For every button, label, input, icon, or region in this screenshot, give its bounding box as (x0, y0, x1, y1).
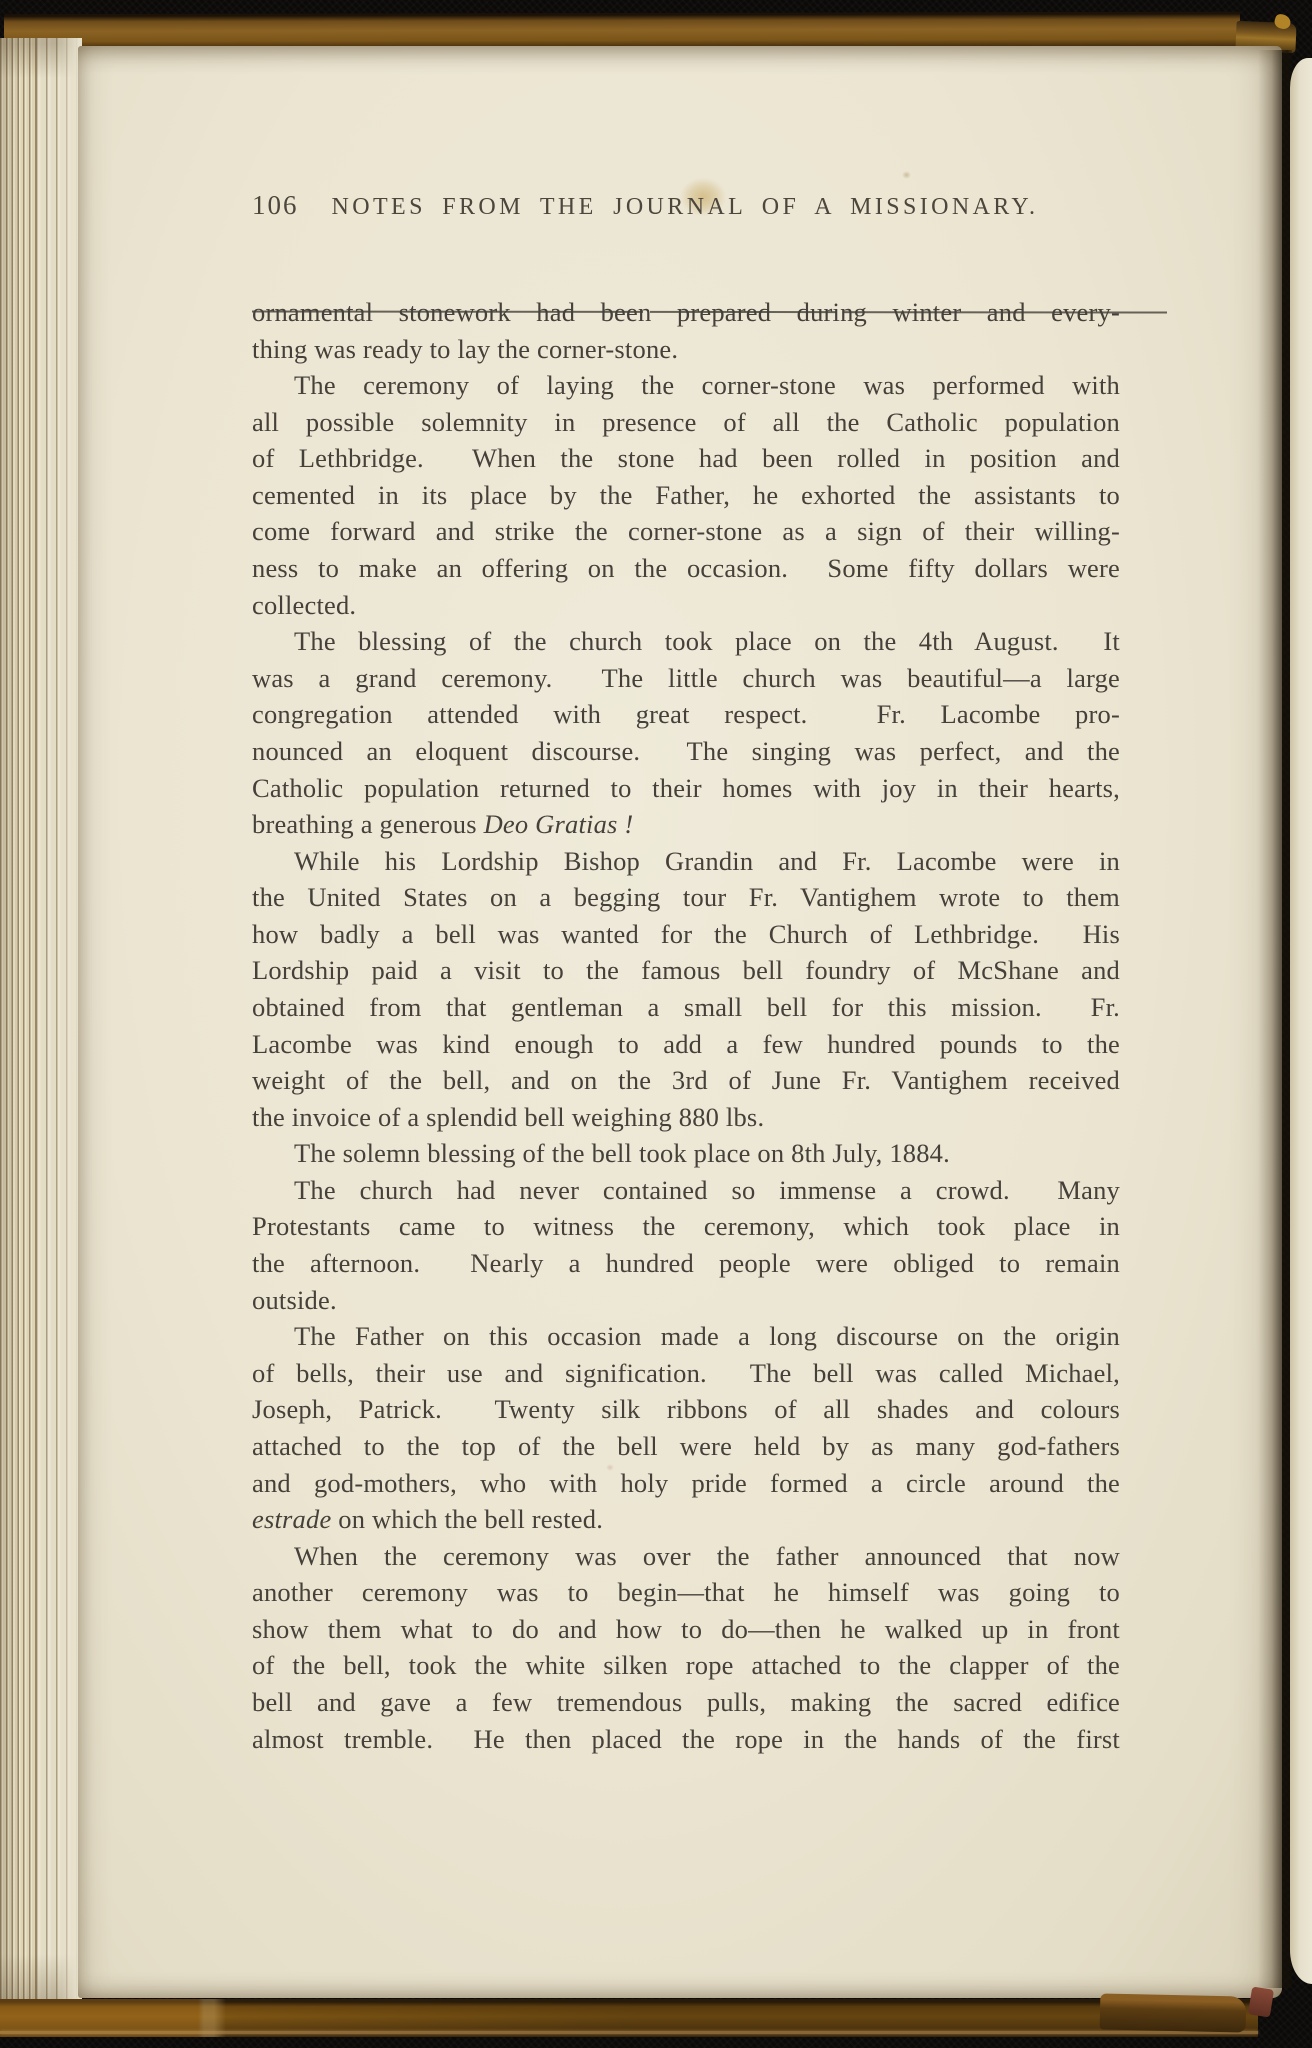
text-line: all possible solemnity in presence of al… (252, 404, 1120, 441)
text-line: show them what to do and how to do—then … (252, 1611, 1120, 1648)
text-line: of bells, their use and signification. T… (252, 1355, 1120, 1392)
book-page: 106 NOTES FROM THE JOURNAL OF A MISSIONA… (78, 46, 1282, 1998)
text-line: of the bell, took the white silken rope … (252, 1647, 1120, 1684)
book-cover-bottom-edge (0, 1999, 1258, 2037)
text-line: the United States on a begging tour Fr. … (252, 879, 1120, 916)
text-line: weight of the bell, and on the 3rd of Ju… (252, 1062, 1120, 1099)
text-line: obtained from that gentleman a small bel… (252, 989, 1120, 1026)
page-stack-shading (0, 38, 82, 2004)
page-number: 106 (252, 190, 299, 221)
text-line: how badly a bell was wanted for the Chur… (252, 916, 1120, 953)
text-line: Joseph, Patrick. Twenty silk ribbons of … (252, 1391, 1120, 1428)
text-line: of Lethbridge. When the stone had been r… (252, 440, 1120, 477)
fore-edge-page-stack (0, 38, 82, 2004)
text-line: Lacombe was kind enough to add a few hun… (252, 1026, 1120, 1063)
text-line: While his Lordship Bishop Grandin and Fr… (252, 843, 1120, 880)
text-line: Protestants came to witness the ceremony… (252, 1208, 1120, 1245)
paper-speck (902, 171, 911, 179)
text-line: congregation attended with great respect… (252, 696, 1120, 733)
running-header: NOTES FROM THE JOURNAL OF A MISSIONARY. (332, 194, 1039, 221)
text-line: bell and gave a few tremendous pulls, ma… (252, 1684, 1120, 1721)
text-line: Catholic population returned to their ho… (252, 770, 1120, 807)
facing-page-edge (1290, 58, 1312, 1984)
text-line: was a grand ceremony. The little church … (252, 660, 1120, 697)
text-line: cemented in its place by the Father, he … (252, 477, 1120, 514)
text-line: attached to the top of the bell were hel… (252, 1428, 1120, 1465)
text-line: The solemn blessing of the bell took pla… (252, 1135, 1120, 1172)
text-line: breathing a generous Deo Gratias ! (252, 806, 1120, 843)
text-line: thing was ready to lay the corner-stone. (252, 331, 1120, 368)
page-gutter-shadow (1258, 50, 1292, 1988)
book-photo-background: 106 NOTES FROM THE JOURNAL OF A MISSIONA… (0, 0, 1312, 2048)
text-line: estrade on which the bell rested. (252, 1501, 1120, 1538)
text-line: another ceremony was to begin—that he hi… (252, 1574, 1120, 1611)
text-line: almost tremble. He then placed the rope … (252, 1721, 1120, 1758)
text-line: The ceremony of laying the corner-stone … (252, 367, 1120, 404)
page-header: 106 NOTES FROM THE JOURNAL OF A MISSIONA… (252, 190, 1167, 221)
body-text: ornamental stonework had been prepared d… (252, 294, 1120, 1757)
text-line: The Father on this occasion made a long … (252, 1318, 1120, 1355)
text-line: come forward and strike the corner-stone… (252, 513, 1120, 550)
text-line: nounced an eloquent discourse. The singi… (252, 733, 1120, 770)
text-line: When the ceremony was over the father an… (252, 1538, 1120, 1575)
text-line: The blessing of the church took place on… (252, 623, 1120, 660)
red-leather-fragment (1248, 1986, 1274, 2017)
text-line: the afternoon. Nearly a hundred people w… (252, 1245, 1120, 1282)
text-line: ornamental stonework had been prepared d… (252, 294, 1120, 331)
text-line: ness to make an offering on the occasion… (252, 550, 1120, 587)
text-line: and god-mothers, who with holy pride for… (252, 1465, 1120, 1502)
leather-fragment (1100, 1993, 1247, 2032)
text-line: collected. (252, 587, 1120, 624)
text-line: outside. (252, 1282, 1120, 1319)
text-line: the invoice of a splendid bell weighing … (252, 1099, 1120, 1136)
text-line: The church had never contained so immens… (252, 1172, 1120, 1209)
text-line: Lordship paid a visit to the famous bell… (252, 952, 1120, 989)
